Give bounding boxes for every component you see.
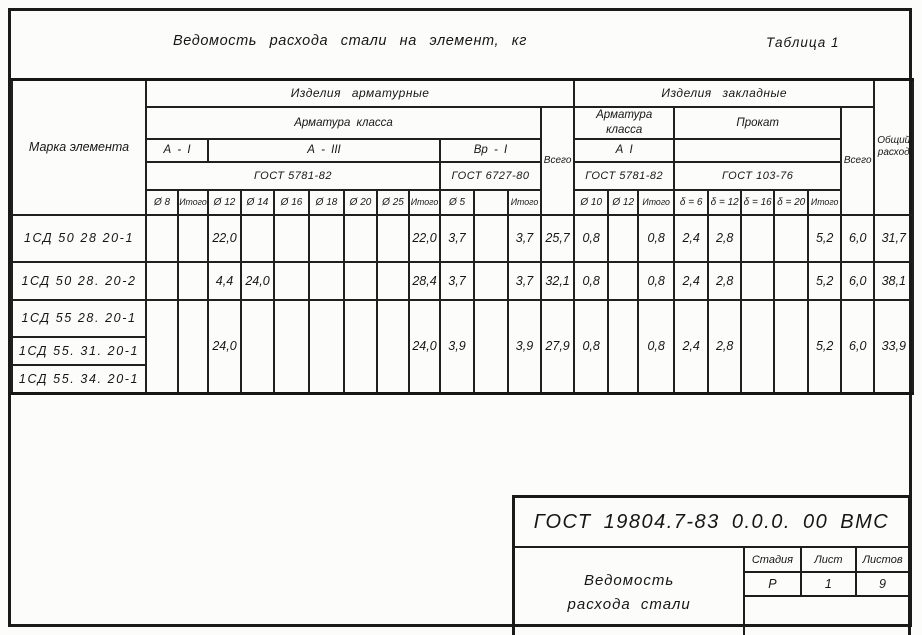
value-cell — [309, 300, 344, 394]
col-header-subtotal: Итого — [178, 190, 208, 215]
value-cell: 3,7 — [508, 262, 541, 300]
col-header-subtotal: Итого — [508, 190, 541, 215]
title-block-row: ГОСТ 19804.7-83 0.0.0. 00 ВМС — [514, 497, 910, 548]
value-cell: 33,9 — [874, 300, 913, 394]
value-cell — [309, 215, 344, 262]
header-row: А - I А - III Вр - I А I — [12, 139, 913, 162]
value-cell — [741, 215, 774, 262]
value-cell: 22,0 — [208, 215, 241, 262]
col-group-reinforcement-products: Изделия арматурные — [146, 80, 574, 107]
value-cell: 0,8 — [638, 300, 674, 394]
document-designation: ГОСТ 19804.7-83 0.0.0. 00 ВМС — [514, 497, 910, 548]
element-mark-cell: 1СД 55 28. 20-1 — [12, 300, 146, 337]
table-number-label: Таблица 1 — [766, 35, 840, 50]
stage-label: Стадия — [744, 547, 800, 572]
col-header-gost-103: ГОСТ 103-76 — [674, 162, 841, 190]
value-cell — [377, 215, 409, 262]
value-cell: 5,2 — [808, 300, 841, 394]
value-cell: 6,0 — [841, 215, 874, 262]
value-cell — [774, 262, 808, 300]
col-header-class-a1: А - I — [146, 139, 208, 162]
value-cell — [474, 262, 508, 300]
col-header-class-a3: А - III — [208, 139, 440, 162]
element-mark-cell: 1СД 50 28. 20-2 — [12, 262, 146, 300]
col-header-d8: Ø 8 — [146, 190, 178, 215]
col-header-t12: δ = 12 — [708, 190, 741, 215]
sheet-label: Лист — [801, 547, 856, 572]
value-cell — [474, 215, 508, 262]
value-cell — [241, 215, 274, 262]
col-header-class-a1-embedded: А I — [574, 139, 674, 162]
table-row: 1СД 50 28. 20-24,424,028,43,73,732,10,80… — [12, 262, 913, 300]
page-title: Ведомость расхода стали на элемент, кг — [140, 33, 560, 49]
value-cell: 25,7 — [541, 215, 574, 262]
document-title: Ведомость расхода стали — [514, 547, 745, 635]
value-cell: 24,0 — [241, 262, 274, 300]
col-group-rolled-steel: Прокат — [674, 107, 841, 139]
value-cell — [608, 262, 638, 300]
value-cell: 4,4 — [208, 262, 241, 300]
value-cell — [608, 300, 638, 394]
value-cell: 22,0 — [409, 215, 440, 262]
col-header-element-mark: Марка элемента — [12, 80, 146, 215]
value-cell: 31,7 — [874, 215, 913, 262]
value-cell: 2,8 — [708, 262, 741, 300]
value-cell: 2,8 — [708, 300, 741, 394]
table-body: 1СД 50 28 20-122,022,03,73,725,70,80,82,… — [12, 215, 913, 394]
col-group-embedded-products: Изделия закладные — [574, 80, 874, 107]
col-header-d10: Ø 10 — [574, 190, 608, 215]
table-row: 1СД 50 28 20-122,022,03,73,725,70,80,82,… — [12, 215, 913, 262]
col-header-d5: Ø 5 — [440, 190, 474, 215]
title-block-row: Ведомость расхода стали Стадия Лист Лист… — [514, 547, 910, 572]
element-mark-cell: 1СД 50 28 20-1 — [12, 215, 146, 262]
value-cell — [241, 300, 274, 394]
empty-cell — [744, 596, 909, 635]
col-header-gost-5781-embedded: ГОСТ 5781-82 — [574, 162, 674, 190]
value-cell — [474, 300, 508, 394]
value-cell: 6,0 — [841, 300, 874, 394]
value-cell: 5,2 — [808, 215, 841, 262]
value-cell — [178, 262, 208, 300]
col-header-total-reinforcement: Всего — [541, 107, 574, 215]
value-cell — [377, 300, 409, 394]
col-header-t20: δ = 20 — [774, 190, 808, 215]
value-cell: 2,4 — [674, 215, 708, 262]
header-row: ГОСТ 5781-82 ГОСТ 6727-80 ГОСТ 5781-82 Г… — [12, 162, 913, 190]
col-group-embedded-class: Арматура класса — [574, 107, 674, 139]
value-cell: 28,4 — [409, 262, 440, 300]
value-cell: 2,4 — [674, 300, 708, 394]
col-header-subtotal: Итого — [808, 190, 841, 215]
value-cell — [274, 215, 309, 262]
col-header-class-vr1: Вр - I — [440, 139, 541, 162]
header-row: Ø 8 Итого Ø 12 Ø 14 Ø 16 Ø 18 Ø 20 Ø 25 … — [12, 190, 913, 215]
value-cell — [377, 262, 409, 300]
value-cell — [309, 262, 344, 300]
value-cell — [178, 215, 208, 262]
col-header-total-embedded: Всего — [841, 107, 874, 215]
value-cell: 5,2 — [808, 262, 841, 300]
steel-consumption-table: Марка элемента Изделия арматурные Издели… — [11, 78, 914, 395]
value-cell: 3,7 — [508, 215, 541, 262]
value-cell: 3,7 — [440, 215, 474, 262]
value-cell: 0,8 — [574, 300, 608, 394]
value-cell — [741, 262, 774, 300]
value-cell — [146, 300, 178, 394]
sheets-label: Листов — [856, 547, 909, 572]
value-cell — [146, 262, 178, 300]
element-mark-cell: 1СД 55. 34. 20-1 — [12, 365, 146, 394]
col-header-subtotal: Итого — [638, 190, 674, 215]
stage-value: Р — [744, 572, 800, 596]
col-header-blank — [474, 190, 508, 215]
col-header-t6: δ = 6 — [674, 190, 708, 215]
value-cell: 0,8 — [574, 262, 608, 300]
value-cell — [608, 215, 638, 262]
value-cell: 24,0 — [409, 300, 440, 394]
col-header-d14: Ø 14 — [241, 190, 274, 215]
value-cell — [741, 300, 774, 394]
value-cell: 3,7 — [440, 262, 474, 300]
sheet-value: 1 — [801, 572, 856, 596]
value-cell: 3,9 — [440, 300, 474, 394]
empty-header-cell — [674, 139, 841, 162]
value-cell: 32,1 — [541, 262, 574, 300]
value-cell — [344, 262, 377, 300]
value-cell: 27,9 — [541, 300, 574, 394]
col-header-overall-consumption: Общий расход — [874, 80, 913, 215]
value-cell: 0,8 — [638, 215, 674, 262]
value-cell: 3,9 — [508, 300, 541, 394]
col-header-d25: Ø 25 — [377, 190, 409, 215]
col-header-d12: Ø 12 — [208, 190, 241, 215]
value-cell — [274, 262, 309, 300]
drawing-sheet: Ведомость расхода стали на элемент, кг Т… — [0, 0, 922, 635]
col-header-d20: Ø 20 — [344, 190, 377, 215]
col-header-subtotal: Итого — [409, 190, 440, 215]
value-cell: 6,0 — [841, 262, 874, 300]
value-cell: 2,4 — [674, 262, 708, 300]
col-group-reinforcement-class: Арматура класса — [146, 107, 541, 139]
title-block: ГОСТ 19804.7-83 0.0.0. 00 ВМС Ведомость … — [512, 495, 911, 635]
value-cell — [274, 300, 309, 394]
value-cell: 0,8 — [574, 215, 608, 262]
col-header-d12-embedded: Ø 12 — [608, 190, 638, 215]
header-row: Арматура класса Всего Арматура класса Пр… — [12, 107, 913, 139]
value-cell — [344, 300, 377, 394]
value-cell — [774, 215, 808, 262]
col-header-d18: Ø 18 — [309, 190, 344, 215]
value-cell: 24,0 — [208, 300, 241, 394]
col-header-t16: δ = 16 — [741, 190, 774, 215]
value-cell — [146, 215, 178, 262]
col-header-gost-5781: ГОСТ 5781-82 — [146, 162, 440, 190]
sheets-value: 9 — [856, 572, 909, 596]
value-cell: 38,1 — [874, 262, 913, 300]
value-cell: 0,8 — [638, 262, 674, 300]
header-row: Марка элемента Изделия арматурные Издели… — [12, 80, 913, 107]
value-cell — [344, 215, 377, 262]
value-cell: 2,8 — [708, 215, 741, 262]
value-cell — [774, 300, 808, 394]
table-row: 1СД 55 28. 20-124,024,03,93,927,90,80,82… — [12, 300, 913, 337]
value-cell — [178, 300, 208, 394]
element-mark-cell: 1СД 55. 31. 20-1 — [12, 337, 146, 365]
col-header-d16: Ø 16 — [274, 190, 309, 215]
col-header-gost-6727: ГОСТ 6727-80 — [440, 162, 541, 190]
